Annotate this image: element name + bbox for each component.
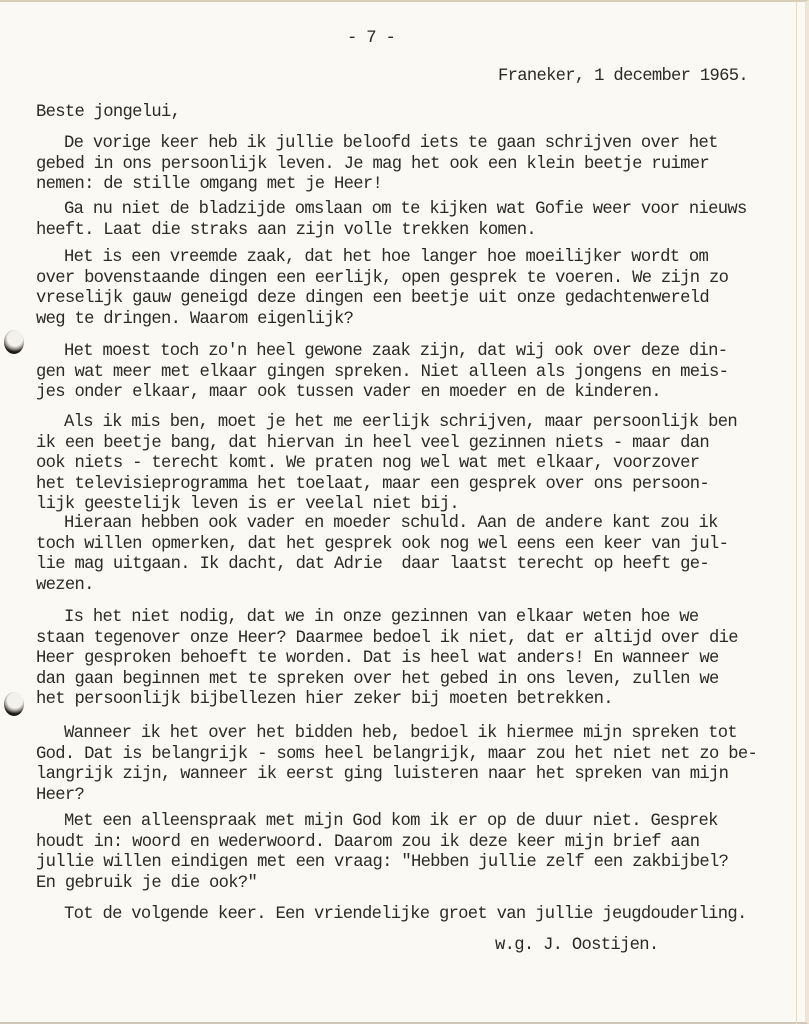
paragraph-line: toch willen opmerken, dat het gesprek oo… — [36, 535, 728, 556]
paragraph-line: jes onder elkaar, maar ook tussen vader … — [36, 383, 728, 404]
paragraph-line: gebed in ons persoonlijk leven. Je mag h… — [36, 155, 718, 176]
paragraph-line: weg te dringen. Waarom eigenlijk? — [36, 310, 728, 331]
paragraph-line: gen wat meer met elkaar gingen spreken. … — [36, 363, 728, 384]
paragraph-line: over bovenstaande dingen een eerlijk, op… — [36, 269, 728, 290]
paragraph-line: het televisieprogramma het toelaat, maar… — [36, 475, 737, 496]
salutation: Beste jongelui, — [36, 103, 180, 123]
paragraph-line: nemen: de stille omgang met je Heer! — [36, 175, 718, 196]
punch-hole-lower — [4, 692, 24, 716]
paragraph-line: lijk geestelijk leven is er veelal niet … — [36, 495, 737, 516]
paragraph-4: Het moest toch zo'n heel gewone zaak zij… — [36, 342, 728, 404]
paragraph-line: Is het niet nodig, dat we in onze gezinn… — [36, 608, 738, 629]
paragraph-line: vreselijk gauw geneigd deze dingen een b… — [36, 289, 728, 310]
paragraph-line: jullie willen eindigen met een vraag: "H… — [36, 853, 728, 874]
paragraph-line: lie mag uitgaan. Ik dacht, dat Adrie daa… — [36, 555, 728, 576]
paragraph-line: God. Dat is belangrijk - soms heel belan… — [36, 745, 757, 766]
paragraph-line: De vorige keer heb ik jullie beloofd iet… — [36, 134, 718, 155]
paragraph-line: Met een alleenspraak met mijn God kom ik… — [36, 812, 728, 833]
paragraph-7: Is het niet nodig, dat we in onze gezinn… — [36, 608, 738, 711]
paragraph-line: Hieraan hebben ook vader en moeder schul… — [36, 514, 728, 535]
paragraph-line: Het moest toch zo'n heel gewone zaak zij… — [36, 342, 728, 363]
paragraph-2: Ga nu niet de bladzijde omslaan om te ki… — [36, 200, 747, 241]
paragraph-line: Wanneer ik het over het bidden heb, bedo… — [36, 724, 757, 745]
paragraph-line: ook niets - terecht komt. We praten nog … — [36, 454, 737, 475]
typewritten-letter-page: - 7 - Franeker, 1 december 1965. Beste j… — [0, 0, 809, 1024]
paragraph-line: Heer gesproken behoeft te worden. Dat is… — [36, 649, 738, 670]
paragraph-line: het persoonlijk bijbellezen hier zeker b… — [36, 690, 738, 711]
paragraph-6: Hieraan hebben ook vader en moeder schul… — [36, 514, 728, 596]
paragraph-5: Als ik mis ben, moet je het me eerlijk s… — [36, 413, 737, 516]
closing-line: Tot de volgende keer. Een vriendelijke g… — [64, 905, 747, 925]
paragraph-line: langrijk zijn, wanneer ik eerst ging lui… — [36, 765, 757, 786]
paragraph-line: Ga nu niet de bladzijde omslaan om te ki… — [36, 200, 747, 221]
signature: w.g. J. Oostijen. — [495, 936, 658, 956]
paragraph-line: staan tegenover onze Heer? Daarmee bedoe… — [36, 629, 738, 650]
paragraph-line: ik een beetje bang, dat hiervan in heel … — [36, 434, 737, 455]
paragraph-9: Met een alleenspraak met mijn God kom ik… — [36, 812, 728, 894]
paragraph-line: dan gaan beginnen met te spreken over he… — [36, 670, 738, 691]
paragraph-1: De vorige keer heb ik jullie beloofd iet… — [36, 134, 718, 196]
paragraph-line: heeft. Laat die straks aan zijn volle tr… — [36, 221, 747, 242]
paragraph-8: Wanneer ik het over het bidden heb, bedo… — [36, 724, 757, 806]
dateline: Franeker, 1 december 1965. — [498, 67, 748, 87]
punch-hole-upper — [4, 330, 24, 354]
page-number: - 7 - — [347, 29, 395, 49]
paragraph-line: Als ik mis ben, moet je het me eerlijk s… — [36, 413, 737, 434]
paragraph-line: Heer? — [36, 786, 757, 807]
page-edge — [796, 2, 797, 1024]
paragraph-line: wezen. — [36, 576, 728, 597]
paragraph-3: Het is een vreemde zaak, dat het hoe lan… — [36, 248, 728, 330]
paragraph-line: houdt in: woord en wederwoord. Daarom zo… — [36, 833, 728, 854]
paragraph-line: Het is een vreemde zaak, dat het hoe lan… — [36, 248, 728, 269]
paragraph-line: En gebruik je die ook?" — [36, 874, 728, 895]
